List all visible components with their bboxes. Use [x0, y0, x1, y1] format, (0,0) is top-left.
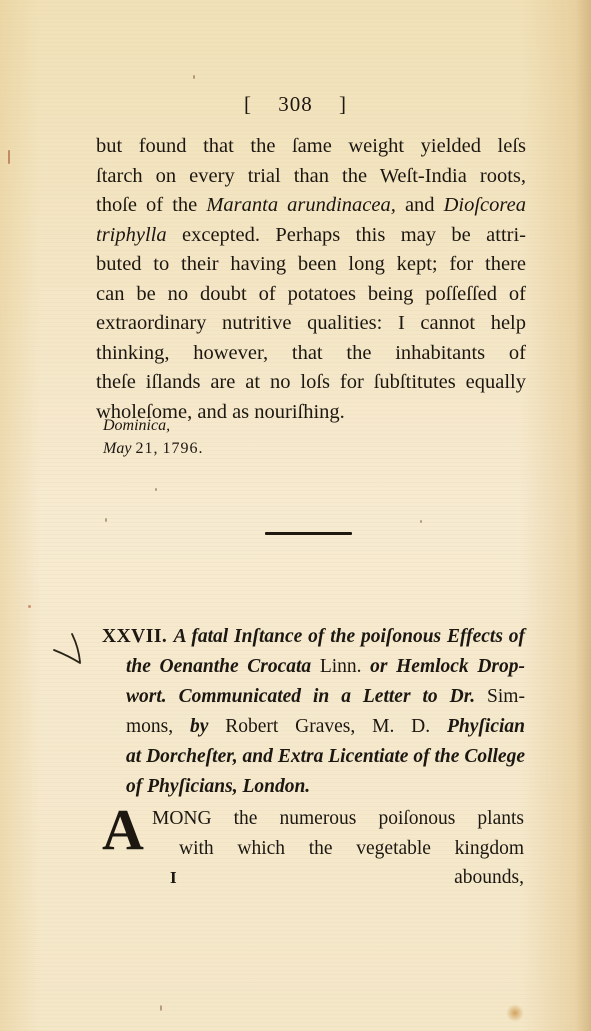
- continuation-line: triphylla excepted. Perhaps this may be …: [96, 221, 526, 251]
- italic-text: triphylla: [96, 224, 167, 246]
- bracket-right: ]: [339, 92, 347, 116]
- article-opening: A MONG the numerous poiſonous plants wit…: [102, 804, 524, 893]
- paper-speck: [420, 520, 422, 523]
- italic-text: by: [190, 716, 208, 737]
- dateline-month: May: [103, 440, 131, 457]
- catchword: abounds,: [454, 863, 524, 893]
- paper-speck: [193, 75, 195, 79]
- paper-speck: [28, 605, 31, 608]
- roman-text: Linn.: [311, 656, 370, 677]
- roman-text: buted to their having been long kept; fo…: [96, 253, 526, 275]
- opening-line-1: MONG the numerous poiſonous plants: [102, 804, 524, 834]
- dateline-place: Dominica,: [103, 414, 203, 437]
- continuation-line: but found that the ſame weight yielded l…: [96, 132, 526, 162]
- paper-speck: [155, 488, 157, 491]
- section-separator-rule: [265, 532, 352, 535]
- roman-text: excepted. Perhaps this may be attri-: [167, 224, 526, 246]
- roman-text: ſtarch on every trial than the Weſt-Indi…: [96, 165, 526, 187]
- article-title-line: mons, by Robert Graves, M. D. Phyſician: [102, 712, 525, 742]
- dateline-date: May 21, 1796.: [103, 437, 203, 460]
- dateline: Dominica, May 21, 1796.: [103, 414, 203, 460]
- paper-speck: [160, 1005, 162, 1011]
- article-title-line: at Dorcheſter, and Extra Licentiate of t…: [102, 742, 525, 772]
- signature-row: I abounds,: [102, 863, 524, 893]
- roman-text: Robert Graves, M. D.: [208, 716, 447, 737]
- roman-text: but found that the ſame weight yielded l…: [96, 135, 526, 157]
- paper-stain: [506, 1004, 524, 1022]
- continuation-line: ſtarch on every trial than the Weſt-Indi…: [96, 162, 526, 192]
- article-title-line: XXVII. A fatal Inſtance of the poiſonous…: [102, 622, 525, 652]
- continuation-line: thinking, however, that the inhabitants …: [96, 339, 526, 369]
- roman-text: Sim-: [475, 686, 525, 707]
- article-title-line: of Phyſicians, London.: [102, 772, 525, 802]
- italic-text: wort. Communicated in a Letter to Dr.: [126, 686, 475, 707]
- paper-speck: [105, 518, 107, 522]
- article-heading: XXVII. A fatal Inſtance of the poiſonous…: [102, 622, 525, 802]
- page-number: 308: [278, 92, 313, 116]
- italic-text: or Hemlock Drop-: [370, 656, 525, 677]
- roman-text: theſe iſlands are at no loſs for ſubſtit…: [96, 371, 526, 393]
- signature-mark: I: [170, 863, 177, 893]
- article-title-line: wort. Communicated in a Letter to Dr. Si…: [102, 682, 525, 712]
- check-mark-icon: [52, 632, 84, 666]
- italic-text: Maranta arundinacea,: [206, 194, 396, 216]
- roman-text: thinking, however, that the inhabitants …: [96, 342, 526, 364]
- roman-text: thoſe of the: [96, 194, 206, 216]
- italic-text: A fatal Inſtance of the poiſonous Effect…: [174, 626, 525, 647]
- dateline-year: 1796.: [162, 440, 203, 457]
- italic-text: of Phyſicians, London.: [126, 776, 310, 797]
- paper-speck: [8, 150, 10, 164]
- opening-line-2: with which the vegetable kingdom: [102, 834, 524, 864]
- page-number-header: [ 308 ]: [0, 92, 591, 117]
- continuation-line: extraordinary nutritive qualities: I can…: [96, 309, 526, 339]
- article-number: XXVII.: [102, 626, 174, 647]
- article-title-line: the Oenanthe Crocata Linn. or Hemlock Dr…: [102, 652, 525, 682]
- italic-text: Dioſcorea: [444, 194, 526, 216]
- continuation-line: buted to their having been long kept; fo…: [96, 250, 526, 280]
- roman-text: and: [396, 194, 444, 216]
- italic-text: Phyſician: [447, 716, 525, 737]
- italic-text: the Oenanthe Crocata: [126, 656, 311, 677]
- continuation-line: theſe iſlands are at no loſs for ſubſtit…: [96, 368, 526, 398]
- continuation-paragraph: but found that the ſame weight yielded l…: [96, 132, 526, 427]
- dateline-day: 21,: [135, 440, 158, 457]
- drop-cap: A: [102, 804, 144, 856]
- roman-text: extraordinary nutritive qualities: I can…: [96, 312, 526, 334]
- continuation-line: can be no doubt of potatoes being poſſeſ…: [96, 280, 526, 310]
- roman-text: mons,: [126, 716, 190, 737]
- roman-text: can be no doubt of potatoes being poſſeſ…: [96, 283, 526, 305]
- bracket-left: [: [244, 92, 252, 116]
- continuation-line: thoſe of the Maranta arundinacea, and Di…: [96, 191, 526, 221]
- italic-text: at Dorcheſter, and Extra Licentiate of t…: [126, 746, 525, 767]
